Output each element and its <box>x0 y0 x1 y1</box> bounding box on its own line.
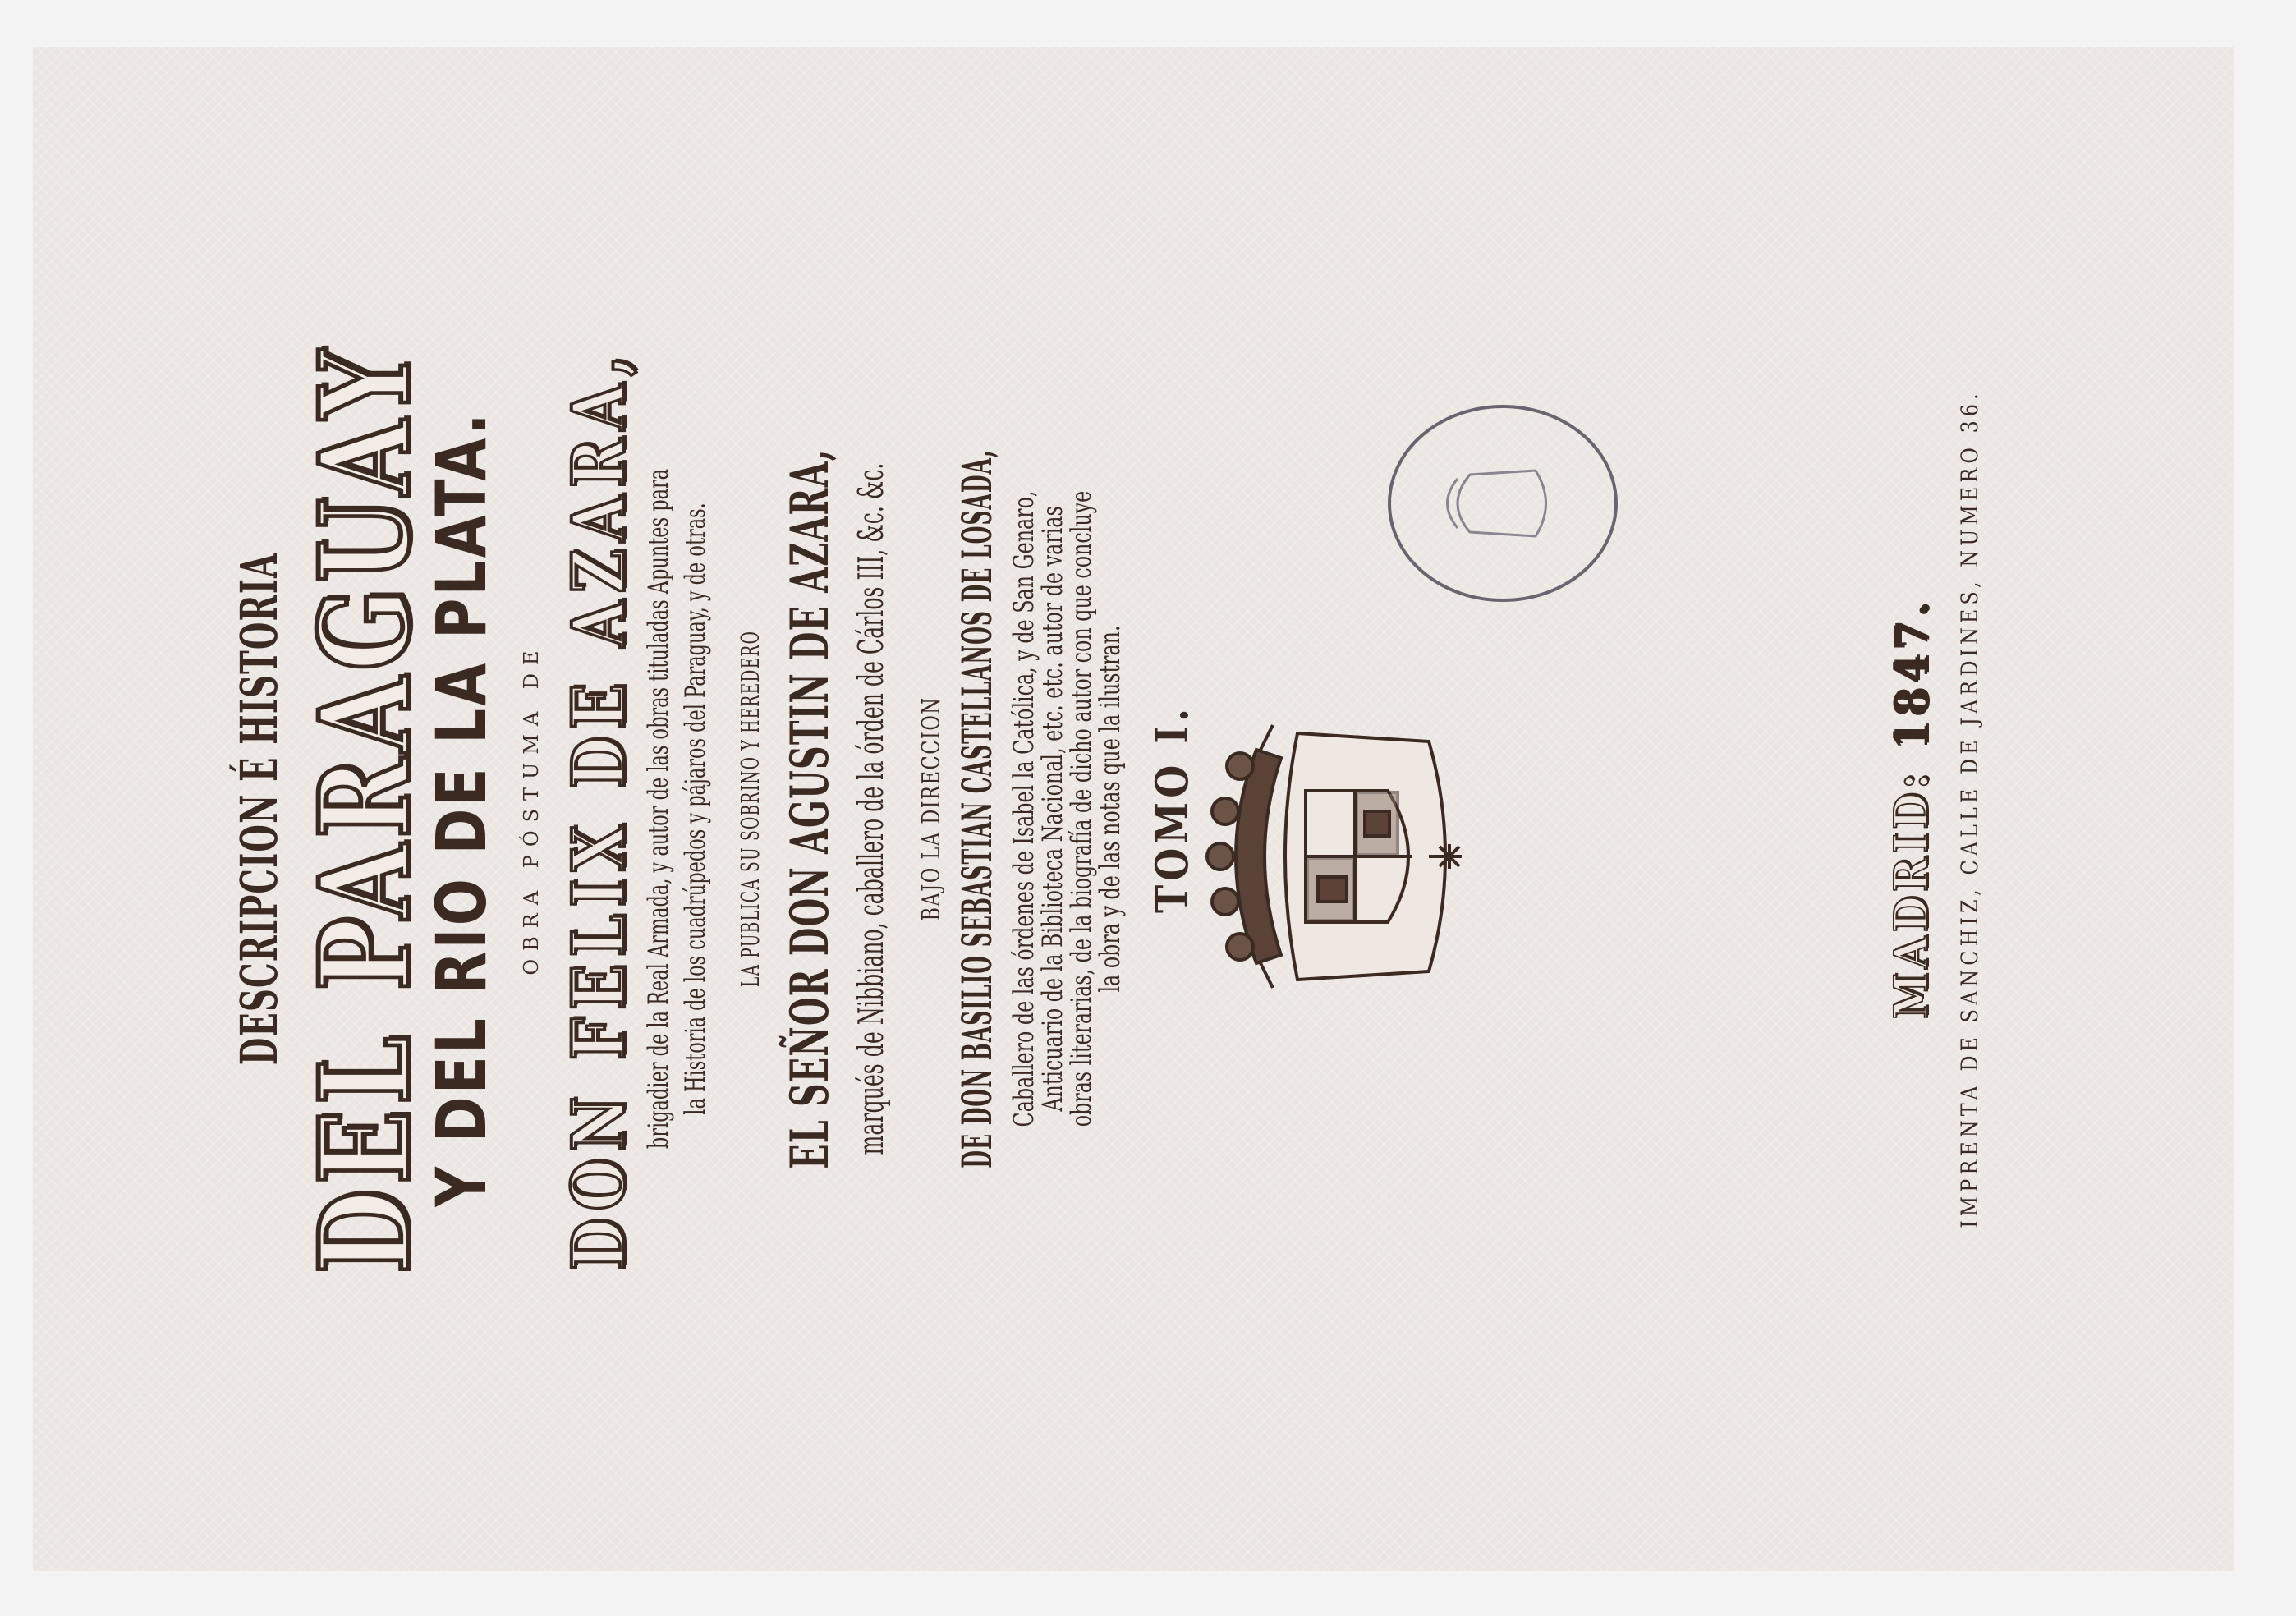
publisher-note: LA PUBLICA SU SOBRINO Y HEREDERO <box>739 337 764 1282</box>
director-desc-2: Anticuario de la Biblioteca Nacional, et… <box>1039 275 1067 1342</box>
title-page: DESCRIPCION É HISTORIA DEL PARAGUAY Y DE… <box>33 47 2234 1571</box>
imprint-place-year: MADRID: 1847. <box>1889 123 1935 1494</box>
publisher-desc: marqués de Nibbiano, caballero de la órd… <box>854 351 889 1266</box>
title-sub: Y DEL RIO DE LA PLATA. <box>427 200 496 1419</box>
publisher-name: EL SEÑOR DON AGUSTIN DE AZARA, <box>784 337 837 1282</box>
title-pre: DESCRIPCION É HISTORIA <box>234 337 285 1282</box>
library-stamp-icon <box>1380 397 1626 610</box>
work-note: OBRA PÓSTUMA DE <box>521 47 541 1571</box>
director-desc-4: la obra y de las notas que la ilustran. <box>1096 275 1124 1342</box>
director-desc-1: Caballero de las órdenes de Isabel la Ca… <box>1010 275 1038 1342</box>
coat-of-arms-icon <box>1182 676 1462 1037</box>
director-name: DE DON BASILIO SEBASTIAN CASTELLANOS DE … <box>957 428 998 1190</box>
direction-note: BAJO LA DIRECCION <box>920 237 944 1380</box>
rotated-text-frame: DESCRIPCION É HISTORIA DEL PARAGUAY Y DE… <box>33 47 2234 1571</box>
author-desc-1: brigadier de la Real Armada, y autor de … <box>645 306 673 1312</box>
author-name: DON FELIX DE AZARA, <box>563 184 635 1434</box>
imprint-printer: IMPRENTA DE SANCHIZ, CALLE DE JARDINES, … <box>1958 161 1981 1457</box>
author-desc-2: la Historia de los cuadrúpedos y pájaros… <box>682 306 709 1312</box>
imprint-year: 1847. <box>1885 599 1939 751</box>
director-desc-3: obras literarias, de la biografía de dic… <box>1068 275 1095 1342</box>
imprint-place: MADRID: <box>1885 769 1939 1019</box>
title-main: DEL PARAGUAY <box>304 214 427 1403</box>
